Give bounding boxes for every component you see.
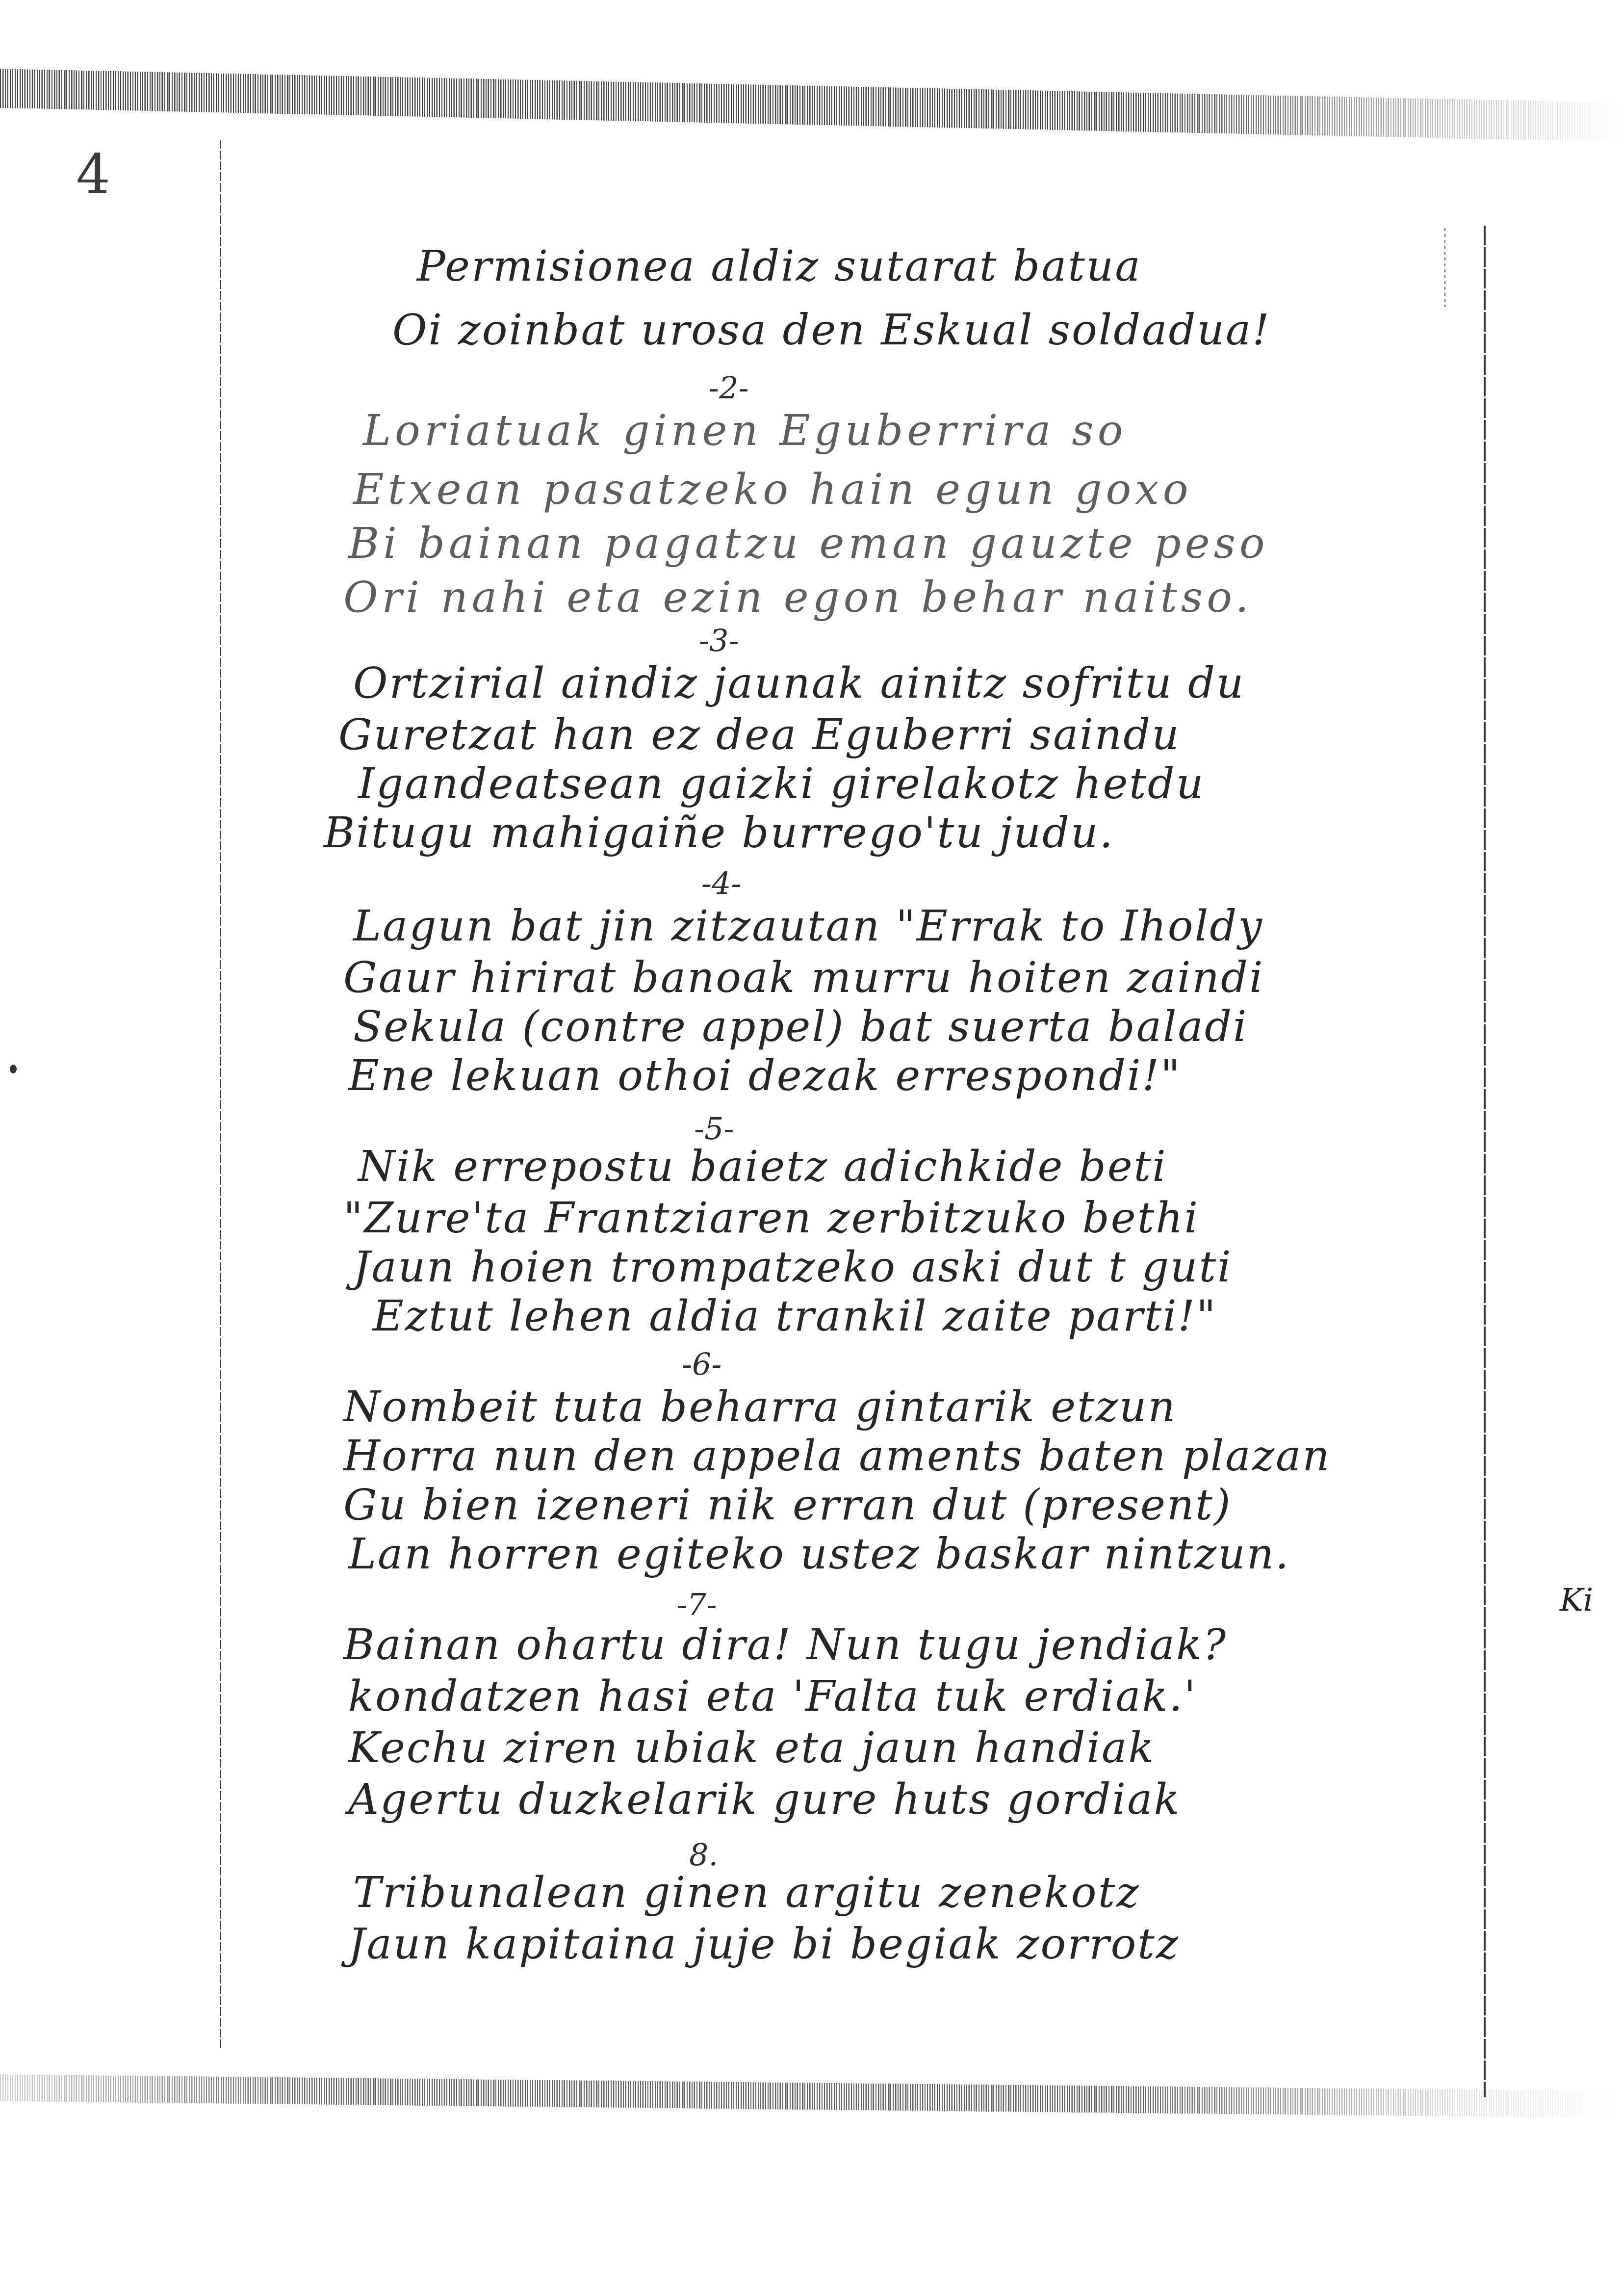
verse-line: Ortzirial aindiz jaunak ainitz sofritu d…	[353, 662, 1245, 704]
verse-line: Jaun kapitaina juje bi begiak zorrotz	[348, 1923, 1180, 1965]
verse-line: Eztut lehen aldia trankil zaite parti!"	[373, 1295, 1217, 1337]
verse-line: "Zure'ta Frantziaren zerbitzuko bethi	[343, 1197, 1199, 1239]
stanza-number: -2-	[709, 373, 748, 403]
frame-left-rule	[220, 140, 221, 2048]
verse-line: Bainan ohartu dira! Nun tugu jendiak?	[343, 1624, 1227, 1666]
verse-line: Oi zoinbat urosa den Eskual soldadua!	[392, 309, 1271, 351]
verse-line: Igandeatsean gaizki girelakotz hetdu	[358, 763, 1205, 805]
verse-line: Gaur hirirat banoak murru hoiten zaindi	[343, 957, 1264, 999]
stanza-number: 8.	[689, 1840, 718, 1870]
verse-line: Sekula (contre appel) bat suerta baladi	[353, 1006, 1248, 1048]
verse-line: Tribunalean ginen argitu zenekotz	[353, 1872, 1140, 1914]
verse-line: Agertu duzkelarik gure huts gordiak	[348, 1778, 1181, 1821]
verse-line: Bitugu mahigaiñe burrego'tu judu.	[324, 812, 1114, 854]
verse-line: Gu bien izeneri nik erran dut (present)	[343, 1484, 1232, 1526]
stanza-number: -5-	[694, 1114, 734, 1144]
verse-line: Horra nun den appela aments baten plazan	[343, 1435, 1331, 1477]
frame-right-rule	[1484, 226, 1486, 2097]
stanza-number: -7-	[677, 1590, 717, 1620]
page-number: 4	[76, 147, 110, 201]
verse-line: Loriatuak ginen Eguberrira so	[363, 410, 1127, 452]
verse-line: Nombeit tuta beharra gintarik etzun	[343, 1386, 1177, 1428]
verse-line: Nik errepostu baietz adichkide beti	[358, 1146, 1167, 1188]
verse-line: Lan horren egiteko ustez baskar nintzun.	[348, 1533, 1290, 1575]
frame-right-faint-rule	[1444, 228, 1445, 307]
stanza-number: -3-	[699, 626, 739, 656]
verse-line: Etxean pasatzeko hain egun goxo	[353, 469, 1192, 511]
margin-ink-mark	[10, 1065, 17, 1073]
verse-line: Jaun hoien trompatzeko aski dut t guti	[353, 1246, 1233, 1288]
margin-fragment: Ki	[1560, 1582, 1593, 1618]
verse-line: Bi bainan pagatzu eman gauzte peso	[348, 522, 1269, 565]
verse-line: kondatzen hasi eta 'Falta tuk erdiak.'	[348, 1675, 1197, 1718]
verse-line: Ene lekuan othoi dezak errespondi!"	[348, 1055, 1182, 1097]
verse-line: Ori nahi eta ezin egon behar naitso.	[343, 576, 1253, 619]
verse-line: Guretzat han ez dea Eguberri saindu	[338, 714, 1181, 756]
verse-line: Kechu ziren ubiak eta jaun handiak	[348, 1727, 1155, 1769]
scan-noise-top	[0, 69, 1622, 142]
stanza-number: -4-	[701, 868, 741, 899]
scan-noise-bottom	[0, 2074, 1622, 2118]
verse-line: Lagun bat jin zitzautan "Errak to Iholdy	[353, 905, 1263, 947]
stanza-number: -6-	[682, 1349, 721, 1380]
verse-line: Permisionea aldiz sutarat batua	[417, 245, 1142, 287]
